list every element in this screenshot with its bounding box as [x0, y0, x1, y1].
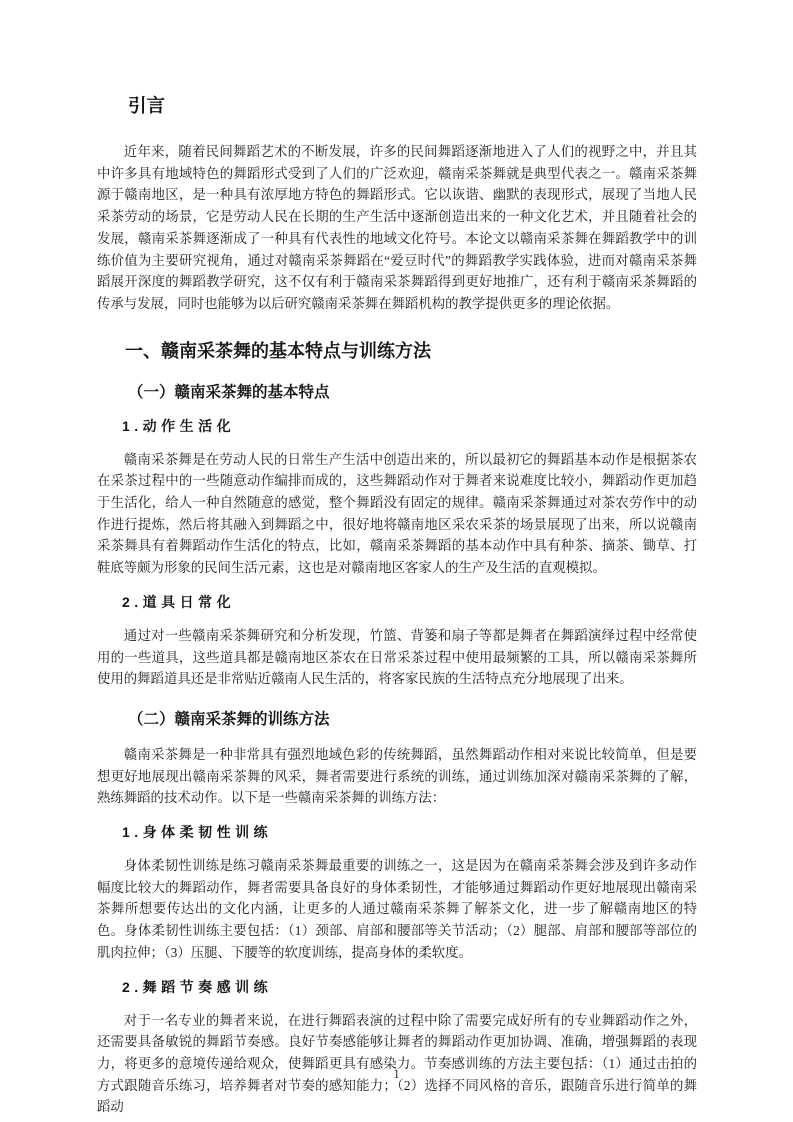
section1-heading: 一、赣南采茶舞的基本特点与训练方法 [97, 339, 697, 363]
page-number: 1 [0, 1066, 793, 1082]
section1-sub1-point1-heading: 1.动作生活化 [97, 418, 697, 435]
section1-sub1-point1-paragraph: 赣南采茶舞是在劳动人民的日常生产生活中创造出来的，所以最初它的舞蹈基本动作是根据… [97, 449, 697, 579]
intro-paragraph: 近年来，随着民间舞蹈艺术的不断发展，许多的民间舞蹈逐渐地进入了人们的视野之中，并… [97, 141, 697, 315]
section1-sub1-heading: （一）赣南采茶舞的基本特点 [97, 382, 697, 403]
section1-sub2-intro-paragraph: 赣南采茶舞是一种非常具有强烈地域色彩的传统舞蹈，虽然舞蹈动作相对来说比较简单，但… [97, 744, 697, 809]
section1-sub1-point2-heading: 2.道具日常化 [97, 594, 697, 611]
section1-sub2-heading: （二）赣南采茶舞的训练方法 [97, 709, 697, 730]
section1-sub2-point2-paragraph: 对于一名专业的舞者来说，在进行舞蹈表演的过程中除了需要完成好所有的专业舞蹈动作之… [97, 1010, 697, 1119]
section1-sub2-point2-heading: 2.舞蹈节奏感训练 [97, 979, 697, 996]
section1-sub2-point1-heading: 1.身体柔韧性训练 [97, 824, 697, 841]
section1-sub2-point1-paragraph: 身体柔韧性训练是练习赣南采茶舞最重要的训练之一，这是因为在赣南采茶舞会涉及到许多… [97, 855, 697, 964]
section1-sub1-point2-paragraph: 通过对一些赣南采茶舞研究和分析发现，竹篮、背篓和扇子等都是舞者在舞蹈演绎过程中经… [97, 625, 697, 690]
intro-heading: 引言 [97, 95, 697, 116]
document-page: 引言 近年来，随着民间舞蹈艺术的不断发展，许多的民间舞蹈逐渐地进入了人们的视野之… [0, 0, 793, 1122]
